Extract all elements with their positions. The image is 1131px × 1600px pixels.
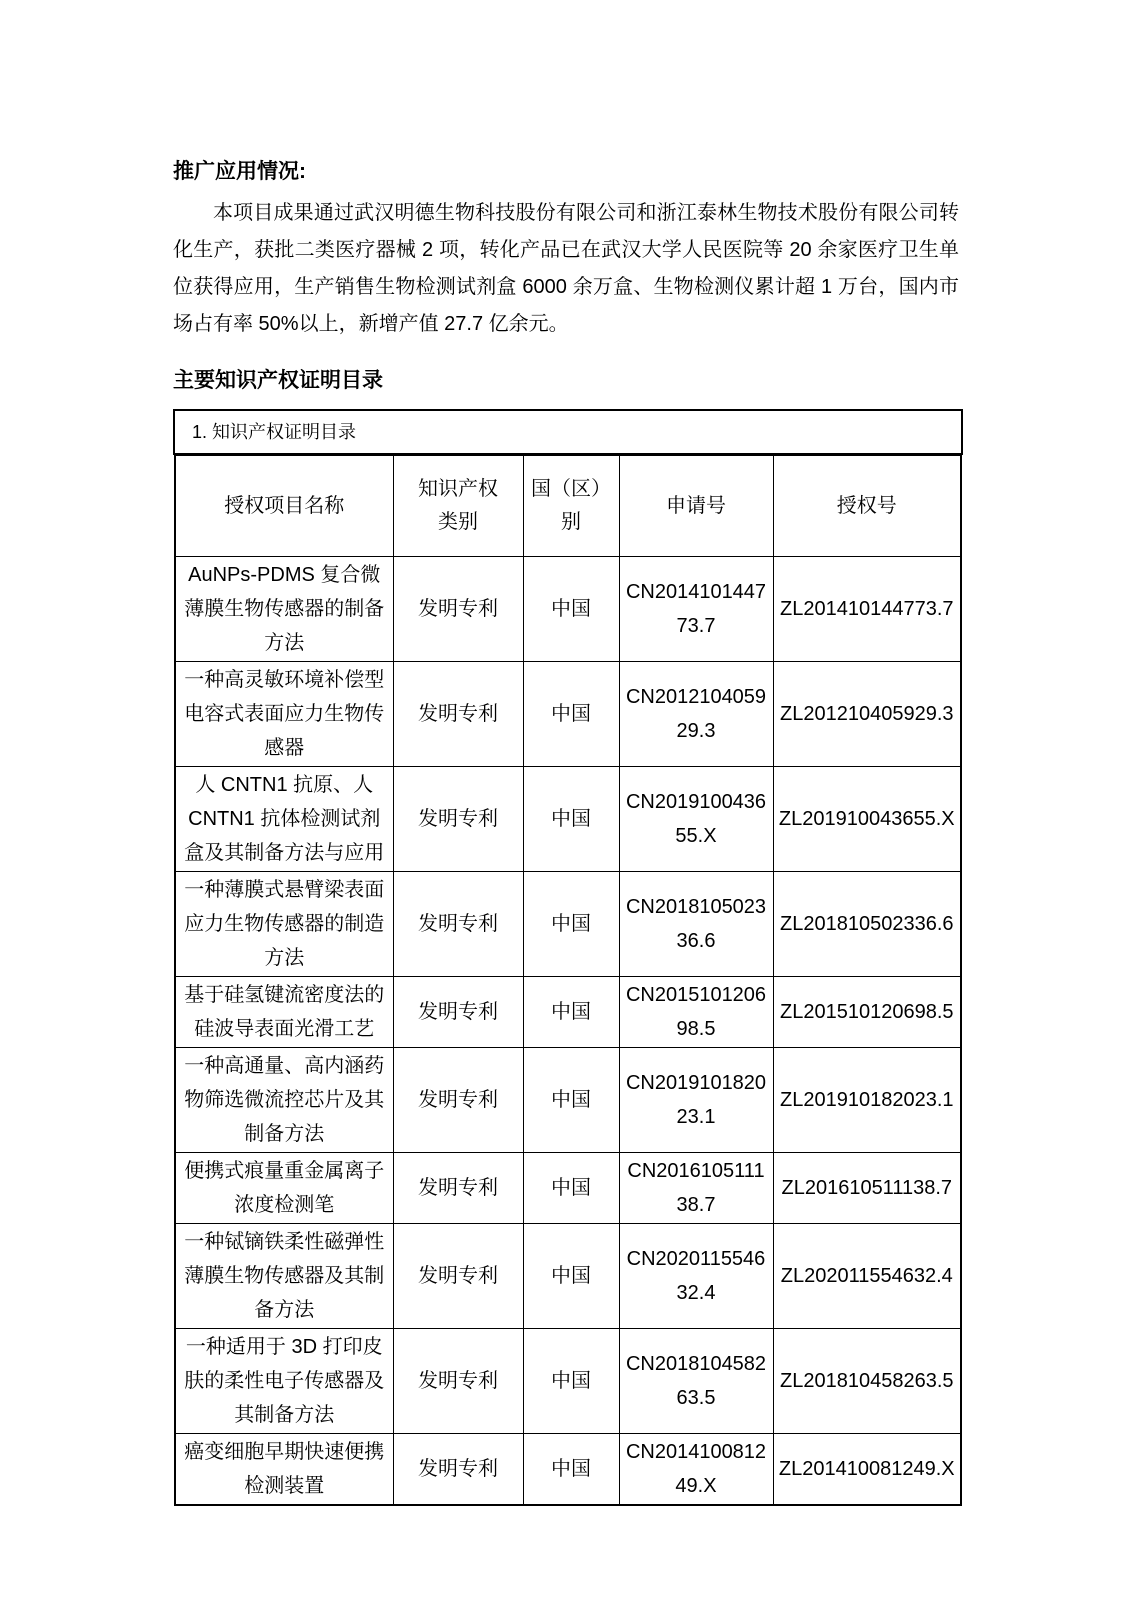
ip-table-caption: 1. 知识产权证明目录 [173, 409, 963, 455]
table-row: 一种薄膜式悬臂梁表面应力生物传感器的制造方法 发明专利 中国 CN2018105… [175, 872, 961, 977]
cell-ip-type: 发明专利 [393, 977, 523, 1048]
cell-ip-type: 发明专利 [393, 767, 523, 872]
ip-list-section-heading: 主要知识产权证明目录 [173, 367, 959, 395]
cell-ip-type: 发明专利 [393, 872, 523, 977]
cell-country: 中国 [523, 1224, 619, 1329]
table-row: 一种铽镝铁柔性磁弹性薄膜生物传感器及其制备方法 发明专利 中国 CN202011… [175, 1224, 961, 1329]
cell-grant-no: ZL201510120698.5 [773, 977, 961, 1048]
ip-table: 授权项目名称 知识产权类别 国（区）别 申请号 授权号 AuNPs-PDMS 复… [174, 455, 962, 1506]
cell-application-no: CN201410144773.7 [619, 557, 773, 662]
cell-country: 中国 [523, 662, 619, 767]
cell-application-no: CN201910182023.1 [619, 1048, 773, 1153]
table-row: AuNPs-PDMS 复合微薄膜生物传感器的制备方法 发明专利 中国 CN201… [175, 557, 961, 662]
cell-ip-type: 发明专利 [393, 1048, 523, 1153]
cell-grant-no: ZL201410081249.X [773, 1434, 961, 1506]
cell-ip-type: 发明专利 [393, 1153, 523, 1224]
table-row: 一种高灵敏环境补偿型电容式表面应力生物传感器 发明专利 中国 CN2012104… [175, 662, 961, 767]
cell-country: 中国 [523, 1153, 619, 1224]
cell-project-name: 便携式痕量重金属离子浓度检测笔 [175, 1153, 393, 1224]
promotion-paragraph: 本项目成果通过武汉明德生物科技股份有限公司和浙江泰林生物技术股份有限公司转化生产… [173, 195, 959, 343]
cell-country: 中国 [523, 1434, 619, 1506]
header-row: 授权项目名称 知识产权类别 国（区）别 申请号 授权号 [175, 456, 961, 557]
header-application-no: 申请号 [619, 456, 773, 557]
cell-project-name: 一种高灵敏环境补偿型电容式表面应力生物传感器 [175, 662, 393, 767]
cell-grant-no: ZL201810458263.5 [773, 1329, 961, 1434]
cell-grant-no: ZL201910182023.1 [773, 1048, 961, 1153]
table-row: 便携式痕量重金属离子浓度检测笔 发明专利 中国 CN201610511138.7… [175, 1153, 961, 1224]
table-row: 癌变细胞早期快速便携检测装置 发明专利 中国 CN201410081249.X … [175, 1434, 961, 1506]
cell-ip-type: 发明专利 [393, 557, 523, 662]
cell-grant-no: ZL201210405929.3 [773, 662, 961, 767]
cell-ip-type: 发明专利 [393, 1434, 523, 1506]
cell-country: 中国 [523, 557, 619, 662]
cell-application-no: CN201810458263.5 [619, 1329, 773, 1434]
cell-application-no: CN201210405929.3 [619, 662, 773, 767]
cell-ip-type: 发明专利 [393, 1224, 523, 1329]
header-grant-no: 授权号 [773, 456, 961, 557]
cell-grant-no: ZL202011554632.4 [773, 1224, 961, 1329]
cell-grant-no: ZL201810502336.6 [773, 872, 961, 977]
cell-application-no: CN201510120698.5 [619, 977, 773, 1048]
table-row: 一种高通量、高内涵药物筛选微流控芯片及其制备方法 发明专利 中国 CN20191… [175, 1048, 961, 1153]
cell-application-no: CN201810502336.6 [619, 872, 773, 977]
document-page: 推广应用情况: 本项目成果通过武汉明德生物科技股份有限公司和浙江泰林生物技术股份… [0, 0, 1131, 1600]
cell-project-name: 一种铽镝铁柔性磁弹性薄膜生物传感器及其制备方法 [175, 1224, 393, 1329]
cell-grant-no: ZL201610511138.7 [773, 1153, 961, 1224]
cell-project-name: 癌变细胞早期快速便携检测装置 [175, 1434, 393, 1506]
header-ip-type: 知识产权类别 [393, 456, 523, 557]
cell-ip-type: 发明专利 [393, 1329, 523, 1434]
cell-application-no: CN201410081249.X [619, 1434, 773, 1506]
cell-country: 中国 [523, 1048, 619, 1153]
cell-project-name: 一种薄膜式悬臂梁表面应力生物传感器的制造方法 [175, 872, 393, 977]
table-row: 基于硅氢键流密度法的硅波导表面光滑工艺 发明专利 中国 CN2015101206… [175, 977, 961, 1048]
header-country: 国（区）别 [523, 456, 619, 557]
table-row: 一种适用于 3D 打印皮肤的柔性电子传感器及其制备方法 发明专利 中国 CN20… [175, 1329, 961, 1434]
cell-project-name: 一种高通量、高内涵药物筛选微流控芯片及其制备方法 [175, 1048, 393, 1153]
cell-country: 中国 [523, 1329, 619, 1434]
cell-country: 中国 [523, 872, 619, 977]
cell-project-name: 基于硅氢键流密度法的硅波导表面光滑工艺 [175, 977, 393, 1048]
cell-country: 中国 [523, 767, 619, 872]
promotion-section-heading: 推广应用情况: [173, 158, 959, 186]
cell-ip-type: 发明专利 [393, 662, 523, 767]
cell-grant-no: ZL201410144773.7 [773, 557, 961, 662]
table-row: 人 CNTN1 抗原、人 CNTN1 抗体检测试剂盒及其制备方法与应用 发明专利… [175, 767, 961, 872]
cell-application-no: CN201610511138.7 [619, 1153, 773, 1224]
cell-project-name: 一种适用于 3D 打印皮肤的柔性电子传感器及其制备方法 [175, 1329, 393, 1434]
cell-project-name: AuNPs-PDMS 复合微薄膜生物传感器的制备方法 [175, 557, 393, 662]
cell-project-name: 人 CNTN1 抗原、人 CNTN1 抗体检测试剂盒及其制备方法与应用 [175, 767, 393, 872]
cell-grant-no: ZL201910043655.X [773, 767, 961, 872]
cell-country: 中国 [523, 977, 619, 1048]
cell-application-no: CN201910043655.X [619, 767, 773, 872]
cell-application-no: CN202011554632.4 [619, 1224, 773, 1329]
header-project-name: 授权项目名称 [175, 456, 393, 557]
